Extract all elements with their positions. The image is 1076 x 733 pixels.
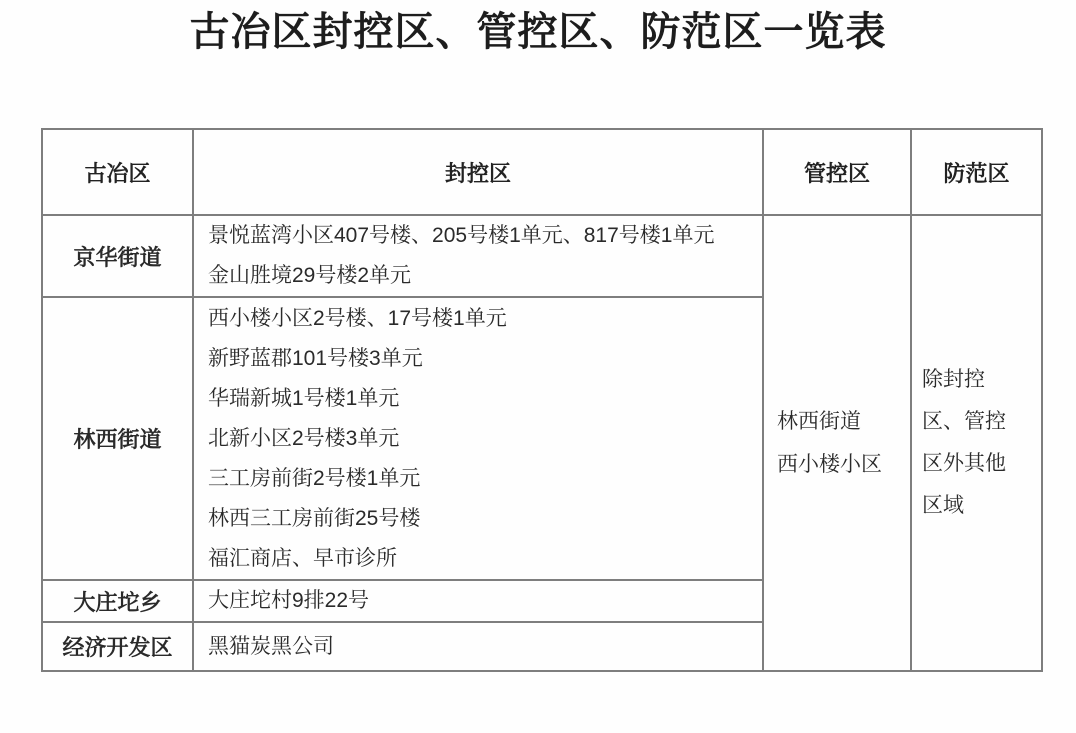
lockdown-cell-dazhuangtuo: 大庄坨村9排22号 [193, 580, 763, 622]
lockdown-cell-jinghua: 景悦蓝湾小区407号楼、205号楼1单元、817号楼1单元 金山胜境29号楼2单… [193, 215, 763, 297]
district-cell-dazhuangtuo: 大庄坨乡 [42, 580, 193, 622]
header-row: 古冶区 封控区 管控区 防范区 [42, 129, 1042, 215]
page: 古冶区封控区、管控区、防范区一览表 古冶区 封控区 管控区 防范区 京华街道 景… [0, 0, 1076, 733]
lockdown-cell-linxi: 西小楼小区2号楼、17号楼1单元 新野蓝郡101号楼3单元 华瑞新城1号楼1单元… [193, 297, 763, 580]
table-row-jinghua: 京华街道 景悦蓝湾小区407号楼、205号楼1单元、817号楼1单元 金山胜境2… [42, 215, 1042, 297]
zones-table: 古冶区 封控区 管控区 防范区 京华街道 景悦蓝湾小区407号楼、205号楼1单… [41, 128, 1043, 672]
page-title: 古冶区封控区、管控区、防范区一览表 [0, 8, 1076, 56]
column-header-prevention-zone: 防范区 [911, 129, 1042, 215]
lockdown-cell-economic-zone: 黑猫炭黑公司 [193, 622, 763, 671]
control-zone-cell: 林西街道 西小楼小区 [763, 215, 911, 671]
prevention-zone-cell: 除封控区、管控区外其他区域 [911, 215, 1042, 671]
column-header-lockdown-zone: 封控区 [193, 129, 763, 215]
district-cell-economic-zone: 经济开发区 [42, 622, 193, 671]
district-cell-jinghua: 京华街道 [42, 215, 193, 297]
district-cell-linxi: 林西街道 [42, 297, 193, 580]
column-header-control-zone: 管控区 [763, 129, 911, 215]
column-header-district: 古冶区 [42, 129, 193, 215]
